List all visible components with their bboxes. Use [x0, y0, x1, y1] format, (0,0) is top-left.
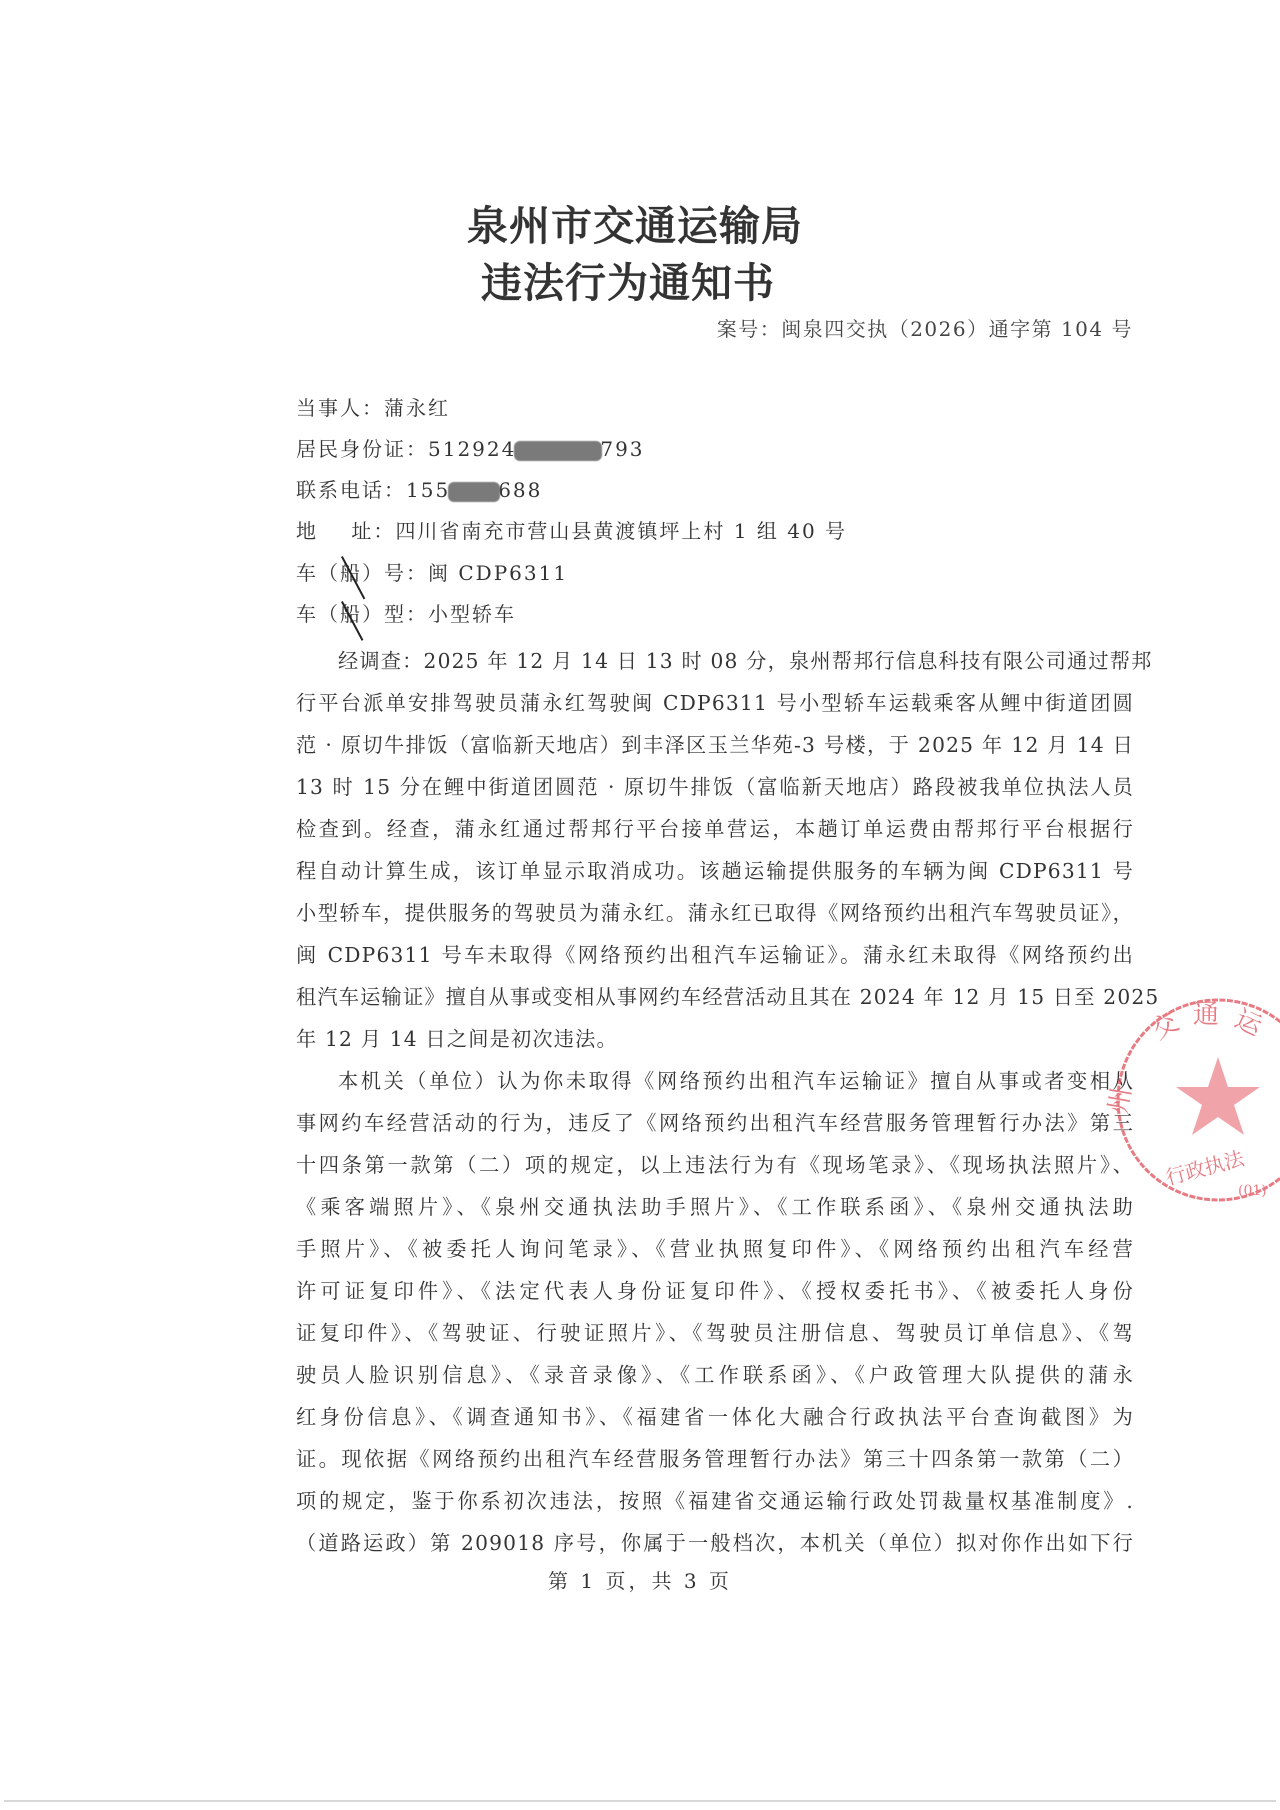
party-name-value: 蒲永红: [384, 396, 450, 420]
text-line: 经调查：2025 年 12 月 14 日 13 时 08 分，泉州帮邦行信息科技…: [296, 640, 1134, 682]
text-line: 证复印件》、《驾驶证、行驶证照片》、《驾驶员注册信息、驾驶员订单信息》、《驾: [296, 1312, 1134, 1354]
phone-redaction: [448, 482, 500, 502]
plate-number-label: 车（船）号：: [296, 561, 428, 585]
text-line: 年 12 月 14 日之间是初次违法。: [296, 1018, 1134, 1060]
text-line: 行平台派单安排驾驶员蒲永红驾驶闽 CDP6311 号小型轿车运载乘客从鲤中街道团…: [296, 682, 1134, 724]
page-bottom-edge: [4, 1800, 1276, 1802]
phone-suffix: 688: [498, 478, 542, 502]
id-card-prefix: 512924: [428, 437, 516, 461]
id-card-suffix: 793: [600, 437, 644, 461]
svg-text:(01): (01): [1238, 1183, 1267, 1199]
id-card-label: 居民身份证：: [296, 437, 428, 461]
text-line: 小型轿车，提供服务的驾驶员为蒲永红。蒲永红已取得《网络预约出租汽车驾驶员证》，: [296, 892, 1134, 934]
seal-text-top: 通: [1193, 1000, 1219, 1030]
address-value: 四川省南充市营山县黄渡镇坪上村 1 组 40 号: [395, 519, 847, 543]
text-line: 手照片》、《被委托人询问笔录》、《营业执照复印件》、《网络预约出租汽车经营: [296, 1228, 1134, 1270]
party-name-label: 当事人：: [296, 396, 384, 420]
text-line: 红身份信息》、《调查通知书》、《福建省一体化大融合行政执法平台查询截图》为: [296, 1396, 1134, 1438]
issuing-authority-title: 泉州市交通运输局: [0, 193, 1275, 252]
svg-text:行政执法: 行政执法: [1163, 1146, 1247, 1190]
investigation-paragraph: 经调查：2025 年 12 月 14 日 13 时 08 分，泉州帮邦行信息科技…: [296, 640, 1134, 1060]
text-line: 事网约车经营活动的行为，违反了《网络预约出租汽车经营服务管理暂行办法》第三: [296, 1102, 1134, 1144]
plate-number-value: 闽 CDP6311: [428, 561, 568, 585]
plate-number-field: 车（船）号：闽 CDP6311: [296, 557, 568, 586]
finding-paragraph: 本机关（单位）认为你未取得《网络预约出租汽车运输证》擅自从事或者变相从 事网约车…: [296, 1060, 1134, 1564]
text-line: 《乘客端照片》、《泉州交通执法助手照片》、《工作联系函》、《泉州交通执法助: [296, 1186, 1134, 1228]
svg-text:州: 州: [1103, 1085, 1137, 1116]
case-number: 案号：闽泉四交执（2026）通字第 104 号: [717, 313, 1133, 342]
vehicle-type-field: 车（船）型：小型轿车: [296, 598, 516, 627]
text-line: 许可证复印件》、《法定代表人身份证复印件》、《授权委托书》、《被委托人身份: [296, 1270, 1134, 1312]
vehicle-type-value: 小型轿车: [428, 602, 516, 626]
text-line: 证。现依据《网络预约出租汽车经营服务管理暂行办法》第三十四条第一款第（二）: [296, 1438, 1134, 1480]
notice-title: 违法行为通知书: [0, 250, 1268, 309]
text-line: 项的规定，鉴于你系初次违法，按照《福建省交通运输行政处罚裁量权基准制度》.: [296, 1480, 1134, 1522]
text-line: 十四条第一款第（二）项的规定，以上违法行为有《现场笔录》、《现场执法照片》、: [296, 1144, 1134, 1186]
text-line: 范 · 原切牛排饭（富临新天地店）到丰泽区玉兰华苑-3 号楼，于 2025 年 …: [296, 724, 1134, 766]
official-seal-icon: 交 通 运 州 行政执法 (01): [1098, 985, 1280, 1215]
address-label: 地 址：: [296, 519, 395, 543]
id-card-field: 居民身份证：512924793: [296, 433, 645, 462]
text-line: 检查到。经查，蒲永红通过帮邦行平台接单营运，本趟订单运费由帮邦行平台根据行: [296, 808, 1134, 850]
text-line: 闽 CDP6311 号车未取得《网络预约出租汽车运输证》。蒲永红未取得《网络预约…: [296, 934, 1134, 976]
text-line: 13 时 15 分在鲤中街道团圆范 · 原切牛排饭（富临新天地店）路段被我单位执…: [296, 766, 1134, 808]
phone-prefix: 155: [406, 478, 450, 502]
text-line: 程自动计算生成，该订单显示取消成功。该趟运输提供服务的车辆为闽 CDP6311 …: [296, 850, 1134, 892]
text-line: 驶员人脸识别信息》、《录音录像》、《工作联系函》、《户政管理大队提供的蒲永: [296, 1354, 1134, 1396]
vehicle-type-label: 车（船）型：: [296, 602, 428, 626]
text-line: 本机关（单位）认为你未取得《网络预约出租汽车运输证》擅自从事或者变相从: [296, 1060, 1134, 1102]
id-card-redaction: [514, 441, 602, 461]
party-name-field: 当事人：蒲永红: [296, 392, 450, 421]
address-field: 地 址：四川省南充市营山县黄渡镇坪上村 1 组 40 号: [296, 515, 847, 544]
phone-field: 联系电话：155688: [296, 474, 542, 503]
document-page: 泉州市交通运输局 违法行为通知书 案号：闽泉四交执（2026）通字第 104 号…: [0, 0, 1280, 1810]
seal-text-top: 交: [1147, 1007, 1185, 1046]
phone-label: 联系电话：: [296, 478, 406, 502]
text-line: 租汽车运输证》擅自从事或变相从事网约车经营活动且其在 2024 年 12 月 1…: [296, 976, 1134, 1018]
page-indicator: 第 1 页，共 3 页: [0, 1565, 1280, 1594]
text-line: （道路运政）第 209018 序号，你属于一般档次，本机关（单位）拟对你作出如下…: [296, 1522, 1134, 1564]
